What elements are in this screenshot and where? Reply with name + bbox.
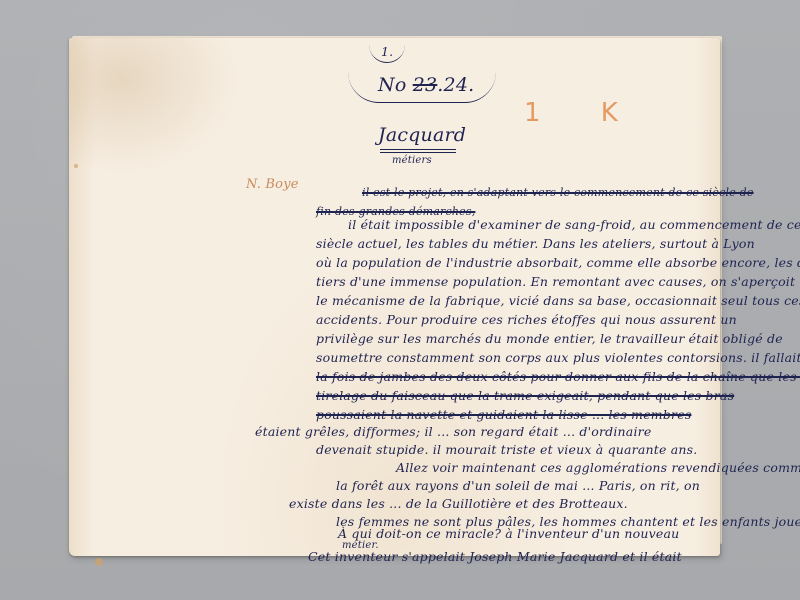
- manuscript-line: la forêt aux rayons d'un soleil de mai .…: [336, 478, 700, 493]
- manuscript-line: À qui doit-on ce miracle? à l'inventeur …: [338, 526, 679, 541]
- manuscript-line: il était impossible d'examiner de sang-f…: [348, 217, 800, 232]
- manuscript-line: Cet inventeur s'appelait Joseph Marie Ja…: [308, 549, 682, 564]
- margin-author-note: N. Boye: [246, 177, 299, 192]
- document-title: Jacquard: [378, 124, 466, 146]
- foxing-spot: [74, 164, 78, 168]
- manuscript-line: siècle actuel, les tables du métier. Dan…: [316, 236, 755, 251]
- title-underline: [380, 149, 456, 150]
- struck-line: la fois de jambes des deux côtés pour do…: [316, 369, 800, 384]
- manuscript-line: existe dans les ... de la Guillotière et…: [289, 496, 628, 511]
- struck-line: il est le projet, en s'adaptant vers le …: [362, 186, 754, 199]
- manuscript-line: devenait stupide. il mourait triste et v…: [316, 442, 697, 457]
- title-underline: [380, 152, 456, 153]
- pencil-mark: 1 K: [524, 98, 644, 128]
- manuscript-line: Allez voir maintenant ces agglomérations…: [396, 460, 800, 475]
- manuscript-line: tiers d'une immense population. En remon…: [316, 274, 800, 289]
- manuscript-line: étaient grêles, difformes; il ... son re…: [255, 424, 651, 439]
- manuscript-line: soumettre constamment son corps aux plus…: [316, 350, 800, 365]
- manuscript-line: où la population de l'industrie absorbai…: [316, 255, 800, 270]
- manuscript-line: privilège sur les marchés du monde entie…: [316, 331, 783, 346]
- folio-underline-arc: [348, 72, 496, 103]
- foxing-spot: [95, 558, 103, 566]
- document-subtitle: métiers: [392, 155, 432, 166]
- manuscript-line: accidents. Pour produire ces riches étof…: [316, 312, 737, 327]
- struck-line: poussaient la navette et guidaient la li…: [316, 407, 691, 422]
- struck-line: tirelage du faisceau que la trame exigea…: [316, 388, 734, 403]
- manuscript-line: le mécanisme de la fabrique, vicié dans …: [316, 293, 800, 308]
